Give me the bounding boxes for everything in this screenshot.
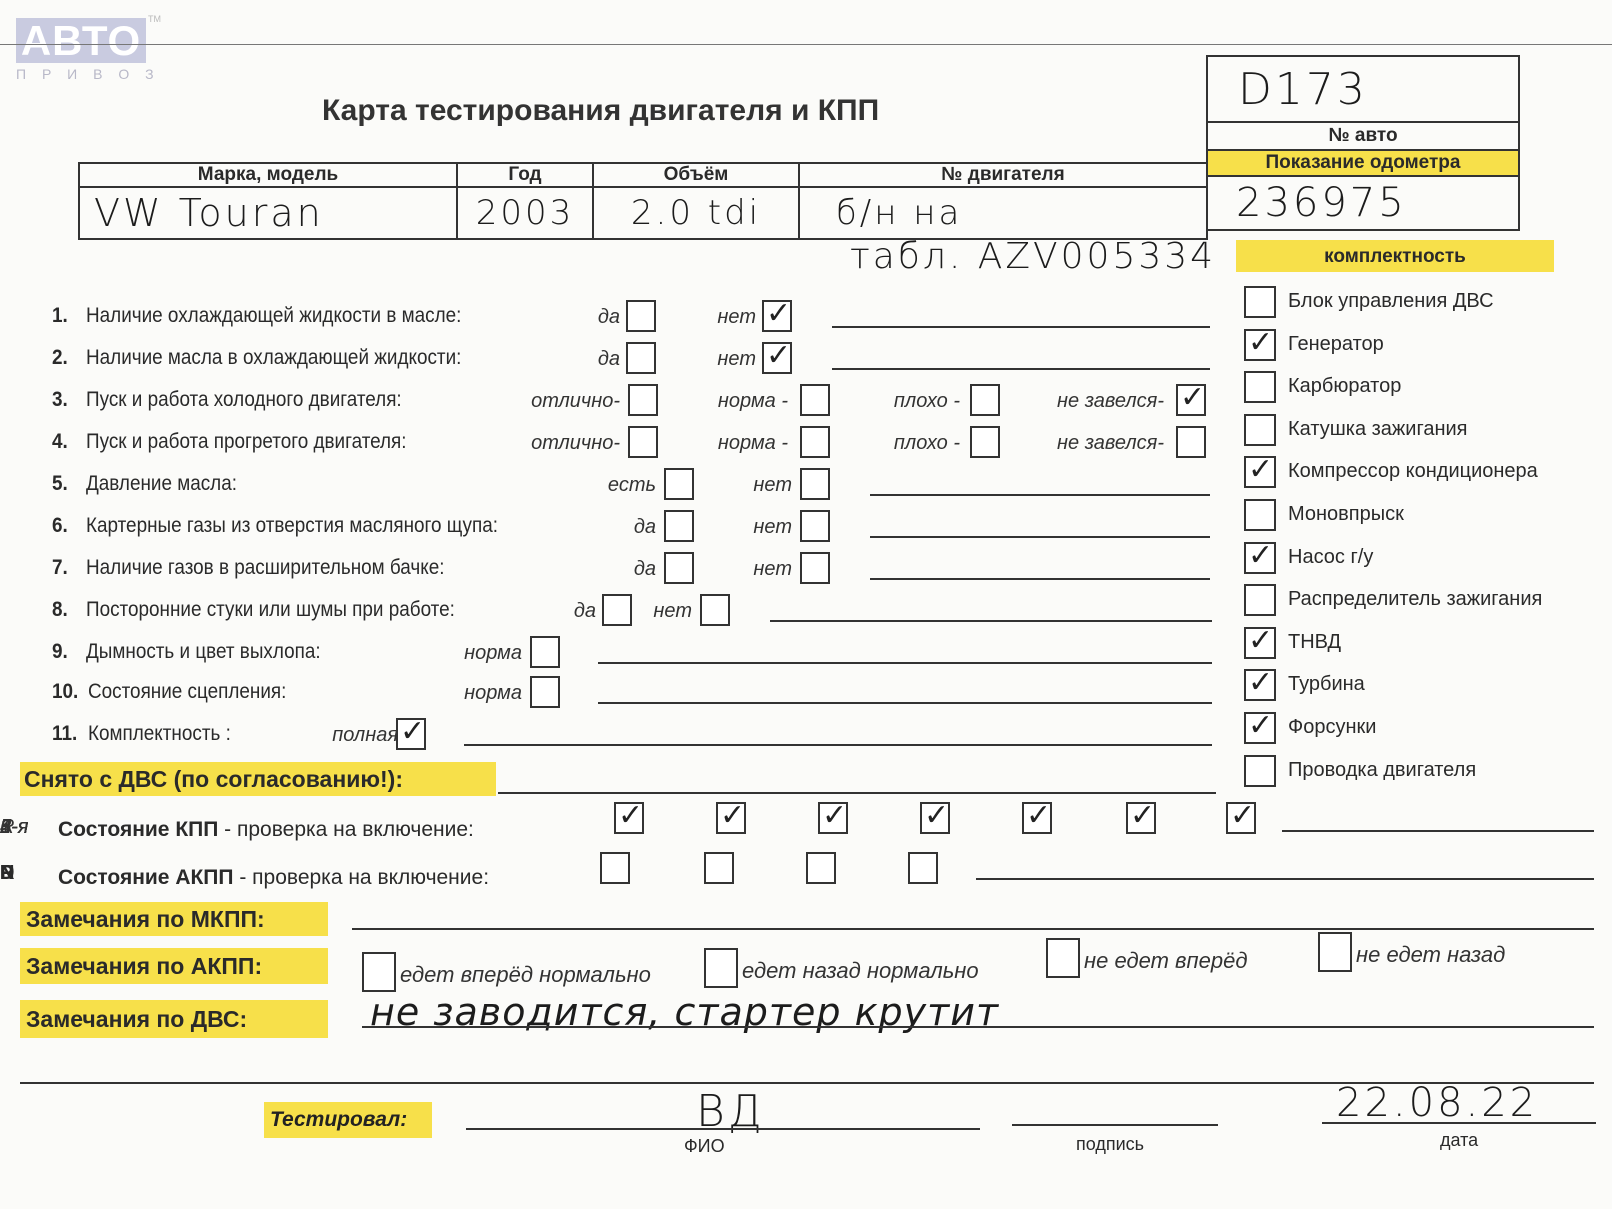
question-number: 1.: [52, 304, 68, 328]
check-mark-icon: ✓: [1230, 798, 1255, 834]
completeness-item-label: Турбина: [1288, 673, 1365, 696]
completeness-item-label: Генератор: [1288, 333, 1384, 356]
odometer-label: Показание одометра: [1207, 150, 1519, 176]
akpp-remark-label: не едет назад: [1356, 942, 1505, 968]
completeness-checkbox-8[interactable]: [1244, 584, 1276, 616]
check-mark-icon: ✓: [1248, 538, 1273, 574]
completeness-title: комплектность: [1236, 246, 1554, 268]
option-label: норма -: [718, 390, 788, 413]
completeness-checkbox-7[interactable]: ✓: [1244, 542, 1276, 574]
option-label: нет: [753, 558, 792, 581]
check-mark-icon: ✓: [1180, 380, 1205, 416]
option-label: полная: [332, 724, 398, 747]
date-caption: дата: [1440, 1130, 1478, 1151]
question-number: 9.: [52, 640, 68, 664]
dvs-remarks-line: [362, 1026, 1594, 1028]
auto-gearbox-line[interactable]: [976, 878, 1594, 880]
option-label: норма: [464, 642, 522, 665]
check-mark-icon: ✓: [1248, 665, 1273, 701]
question-2-option-2-checkbox[interactable]: ✓: [762, 342, 792, 374]
car-number-label: № авто: [1207, 122, 1519, 150]
vehicle-info-table: Марка, модель Год Объём № двигателя VW T…: [78, 162, 1208, 240]
completeness-checkbox-6[interactable]: [1244, 499, 1276, 531]
question-2-option-1-checkbox[interactable]: [626, 342, 656, 374]
removed-line[interactable]: [498, 792, 1216, 794]
odometer-value[interactable]: 236975: [1207, 176, 1519, 230]
top-divider: [0, 44, 1612, 45]
question-number: 10.: [52, 680, 78, 704]
akpp-remark-label: едет назад нормально: [742, 958, 979, 984]
engine-number-value[interactable]: б/н на: [799, 187, 1207, 239]
question-text: Комплектность :: [88, 722, 231, 746]
check-mark-icon: ✓: [1248, 325, 1273, 361]
completeness-item-label: Насос г/у: [1288, 546, 1373, 569]
completeness-checkbox-10[interactable]: ✓: [1244, 669, 1276, 701]
completeness-item-label: Катушка зажигания: [1288, 418, 1468, 441]
logo-brand: АВТО: [21, 17, 141, 64]
completeness-checkbox-4[interactable]: [1244, 414, 1276, 446]
signature-caption: подпись: [1076, 1134, 1144, 1155]
question-number: 11.: [52, 722, 77, 746]
question-text: Посторонние стуки или шумы при работе:: [86, 598, 455, 622]
question-4-option-4-checkbox[interactable]: [1176, 426, 1206, 458]
auto-position-D-checkbox[interactable]: [908, 852, 938, 884]
question-4-option-3-checkbox[interactable]: [970, 426, 1000, 458]
engine-plate-note: табл. AZV005334: [850, 236, 1216, 277]
car-id-block: D173 № авто Показание одометра 236975: [1206, 55, 1520, 231]
date-value[interactable]: 22.08.22: [1336, 1080, 1538, 1126]
completeness-checkbox-1[interactable]: [1244, 286, 1276, 318]
question-5-option-2-checkbox[interactable]: [800, 468, 830, 500]
akpp-remark-checkbox-3[interactable]: [1046, 938, 1080, 978]
option-label: да: [574, 600, 596, 623]
logo-subtitle: П Р И В О З: [16, 66, 160, 82]
question-number: 6.: [52, 514, 68, 538]
question-9-option-1-checkbox[interactable]: [530, 636, 560, 668]
gear-7-checkbox[interactable]: ✓: [1226, 802, 1256, 834]
question-text: Наличие масла в охлаждающей жидкости:: [86, 346, 461, 370]
removed-label: Снято с ДВС (по согласованию!):: [24, 766, 403, 793]
option-label: нет: [717, 306, 756, 329]
dvs-remarks-label: Замечания по ДВС:: [26, 1006, 247, 1033]
completeness-checkbox-12[interactable]: [1244, 755, 1276, 787]
option-label: нет: [717, 348, 756, 371]
question-7-option-2-checkbox[interactable]: [800, 552, 830, 584]
completeness-item-label: Карбюратор: [1288, 375, 1401, 398]
question-text: Состояние сцепления:: [88, 680, 286, 704]
question-6-option-1-checkbox[interactable]: [664, 510, 694, 542]
question-text: Давление масла:: [86, 472, 237, 496]
question-text: Картерные газы из отверстия масляного щу…: [86, 514, 498, 538]
question-8-notes-line[interactable]: [770, 620, 1212, 622]
question-number: 7.: [52, 556, 68, 580]
col-header-make-model: Марка, модель: [79, 163, 457, 187]
question-text: Наличие охлаждающей жидкости в масле:: [86, 304, 461, 328]
option-label: да: [598, 348, 620, 371]
year-value[interactable]: 2003: [457, 187, 593, 239]
option-label: отлично-: [531, 390, 620, 413]
fio-line: [466, 1128, 980, 1130]
question-number: 4.: [52, 430, 68, 454]
akpp-remarks-label: Замечания по АКПП:: [26, 953, 262, 980]
akpp-remark-checkbox-1[interactable]: [362, 952, 396, 992]
option-label: да: [634, 558, 656, 581]
check-mark-icon: ✓: [766, 296, 791, 332]
manual-gearbox-line[interactable]: [1282, 830, 1594, 832]
question-5-option-1-checkbox[interactable]: [664, 468, 694, 500]
question-2-notes-line[interactable]: [832, 368, 1210, 370]
completeness-item-label: Компрессор кондиционера: [1288, 460, 1538, 483]
gear-label: R: [0, 816, 1222, 839]
fio-caption: ФИО: [684, 1136, 725, 1157]
question-number: 8.: [52, 598, 68, 622]
question-number: 3.: [52, 388, 68, 412]
logo: АВТО: [16, 18, 146, 63]
mkpp-remarks-line[interactable]: [352, 928, 1594, 930]
question-11-option-1-checkbox[interactable]: ✓: [396, 718, 426, 750]
question-text: Наличие газов в расширительном бачке:: [86, 556, 444, 580]
akpp-remark-label: не едет вперёд: [1084, 948, 1248, 974]
question-6-option-2-checkbox[interactable]: [800, 510, 830, 542]
option-label: нет: [653, 600, 692, 623]
question-10-option-1-checkbox[interactable]: [530, 676, 560, 708]
question-8-option-1-checkbox[interactable]: [602, 594, 632, 626]
option-label: не завелся-: [1057, 390, 1164, 413]
question-text: Пуск и работа холодного двигателя:: [86, 388, 402, 412]
completeness-item-label: Проводка двигателя: [1288, 759, 1476, 782]
question-11-notes-line[interactable]: [464, 744, 1212, 746]
question-number: 2.: [52, 346, 68, 370]
col-header-engine-number: № двигателя: [799, 163, 1207, 187]
option-label: нет: [753, 516, 792, 539]
question-4-option-1-checkbox[interactable]: [628, 426, 658, 458]
question-10-notes-line[interactable]: [598, 702, 1212, 704]
col-header-volume: Объём: [593, 163, 799, 187]
question-3-option-1-checkbox[interactable]: [628, 384, 658, 416]
option-label: да: [634, 516, 656, 539]
question-1-option-2-checkbox[interactable]: ✓: [762, 300, 792, 332]
completeness-checkbox-5[interactable]: ✓: [1244, 456, 1276, 488]
question-8-option-2-checkbox[interactable]: [700, 594, 730, 626]
question-1-notes-line[interactable]: [832, 326, 1210, 328]
completeness-item-label: Форсунки: [1288, 716, 1376, 739]
tested-by-label: Тестировал:: [270, 1108, 407, 1132]
option-label: плохо -: [894, 432, 960, 455]
completeness-checkbox-2[interactable]: ✓: [1244, 329, 1276, 361]
completeness-item-label: Моновпрыск: [1288, 503, 1404, 526]
check-mark-icon: ✓: [766, 338, 791, 374]
check-mark-icon: ✓: [400, 714, 425, 750]
col-header-year: Год: [457, 163, 593, 187]
question-text: Пуск и работа прогретого двигателя:: [86, 430, 407, 454]
question-6-notes-line[interactable]: [870, 536, 1210, 538]
make-model-value[interactable]: VW Touran: [79, 187, 457, 239]
check-mark-icon: ✓: [1248, 708, 1273, 744]
question-3-option-3-checkbox[interactable]: [970, 384, 1000, 416]
question-1-option-1-checkbox[interactable]: [626, 300, 656, 332]
question-9-notes-line[interactable]: [598, 662, 1212, 664]
question-7-option-1-checkbox[interactable]: [664, 552, 694, 584]
question-number: 5.: [52, 472, 68, 496]
question-5-notes-line[interactable]: [870, 494, 1210, 496]
completeness-item-label: ТНВД: [1288, 631, 1341, 654]
logo-tm: TM: [148, 14, 161, 24]
auto-position-label: D: [0, 862, 906, 885]
date-line: [1322, 1122, 1596, 1124]
check-mark-icon: ✓: [1248, 452, 1273, 488]
signature-line[interactable]: [1012, 1124, 1218, 1126]
option-label: норма: [464, 682, 522, 705]
completeness-checkbox-3[interactable]: [1244, 371, 1276, 403]
completeness-item-label: Распределитель зажигания: [1288, 588, 1542, 611]
option-label: да: [598, 306, 620, 329]
akpp-remark-checkbox-2[interactable]: [704, 948, 738, 988]
akpp-remark-checkbox-4[interactable]: [1318, 932, 1352, 972]
option-label: норма -: [718, 432, 788, 455]
option-label: не завелся-: [1057, 432, 1164, 455]
page-title: Карта тестирования двигателя и КПП: [322, 94, 879, 128]
question-3-option-4-checkbox[interactable]: ✓: [1176, 384, 1206, 416]
mkpp-remarks-label: Замечания по МКПП:: [26, 906, 265, 933]
question-text: Дымность и цвет выхлопа:: [86, 640, 321, 664]
question-4-option-2-checkbox[interactable]: [800, 426, 830, 458]
completeness-item-label: Блок управления ДВС: [1288, 290, 1494, 313]
volume-value[interactable]: 2.0 tdi: [593, 187, 799, 239]
option-label: плохо -: [894, 390, 960, 413]
option-label: есть: [608, 474, 656, 497]
check-mark-icon: ✓: [1248, 623, 1273, 659]
car-number-value[interactable]: D173: [1207, 56, 1519, 122]
question-3-option-2-checkbox[interactable]: [800, 384, 830, 416]
completeness-checkbox-11[interactable]: ✓: [1244, 712, 1276, 744]
option-label: нет: [753, 474, 792, 497]
akpp-remark-label: едет вперёд нормально: [400, 962, 651, 988]
completeness-checkbox-9[interactable]: ✓: [1244, 627, 1276, 659]
option-label: отлично-: [531, 432, 620, 455]
question-7-notes-line[interactable]: [870, 578, 1210, 580]
